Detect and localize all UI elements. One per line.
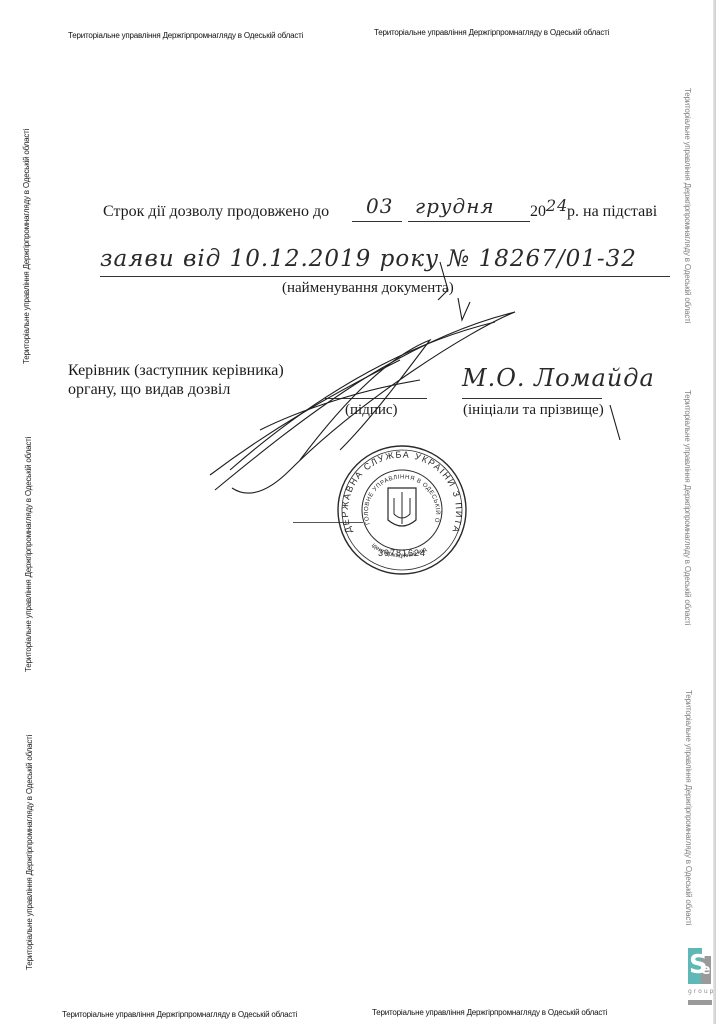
handwritten-month: грудня: [415, 194, 495, 218]
basis-caption: (найменування документа): [282, 280, 454, 297]
watermark-left-3: Територіальне управління Держгірпромнагл…: [25, 735, 34, 970]
year-prefix: 20: [530, 203, 546, 221]
watermark-right-3: Територіальне управління Держгірпромнагл…: [684, 690, 693, 925]
month-underline: [408, 221, 530, 222]
watermark-footer-bottom-left: Територіальне управління Держгірпромнагл…: [62, 1010, 297, 1019]
watermark-footer-bottom-right: Територіальне управління Держгірпромнагл…: [372, 1008, 607, 1017]
logo-letter-e: e: [701, 962, 711, 978]
scanned-page-edge: [713, 0, 716, 1024]
extension-prefix: Строк дії дозволу продовжено до: [103, 203, 329, 221]
logo-bar: [688, 1000, 712, 1005]
name-underline: [462, 398, 602, 399]
signatory-role-line1: Керівник (заступник керівника): [68, 362, 284, 380]
basis-underline: [100, 276, 670, 277]
logo-sub: group: [688, 988, 715, 995]
signature-caption: (підпис): [345, 402, 398, 419]
watermark-header-top-right: Територіальне управління Держгірпромнагл…: [374, 28, 609, 37]
signatory-role-line2: органу, що видав дозвіл: [68, 381, 230, 399]
stamp-code-label: ідентифікаційний код: [370, 543, 428, 560]
handwritten-year-suffix: 24: [546, 196, 568, 215]
signature-underline: [325, 398, 427, 399]
extension-suffix: р. на підставі: [567, 203, 657, 221]
watermark-header-top-left: Територіальне управління Держгірпромнагл…: [68, 31, 303, 40]
svg-text:ідентифікаційний код: ідентифікаційний код: [370, 543, 428, 560]
handwritten-day: 03: [366, 194, 393, 218]
watermark-right-1: Територіальне управління Держгірпромнагл…: [683, 88, 692, 323]
handwritten-basis: заяви від 10.12.2019 року № 18267/01-32: [100, 246, 637, 272]
day-underline: [352, 221, 402, 222]
handwritten-name: М.О. Ломайда: [462, 364, 655, 392]
stamp-leader-line: [293, 522, 363, 523]
watermark-left-2: Територіальне управління Держгірпромнагл…: [24, 437, 33, 672]
stamp-code: 39781624: [378, 548, 426, 558]
watermark-left-1: Територіальне управління Держгірпромнагл…: [22, 129, 31, 364]
se-group-logo: S e group: [688, 948, 712, 1014]
name-caption: (ініціали та прізвище): [463, 402, 604, 419]
signature-and-stamp-overlay: ДЕРЖАВНА СЛУЖБА УКРАЇНИ З ПИТАНЬ ПРАЦІ Г…: [0, 0, 724, 1024]
watermark-right-2: Територіальне управління Держгірпромнагл…: [683, 390, 692, 625]
